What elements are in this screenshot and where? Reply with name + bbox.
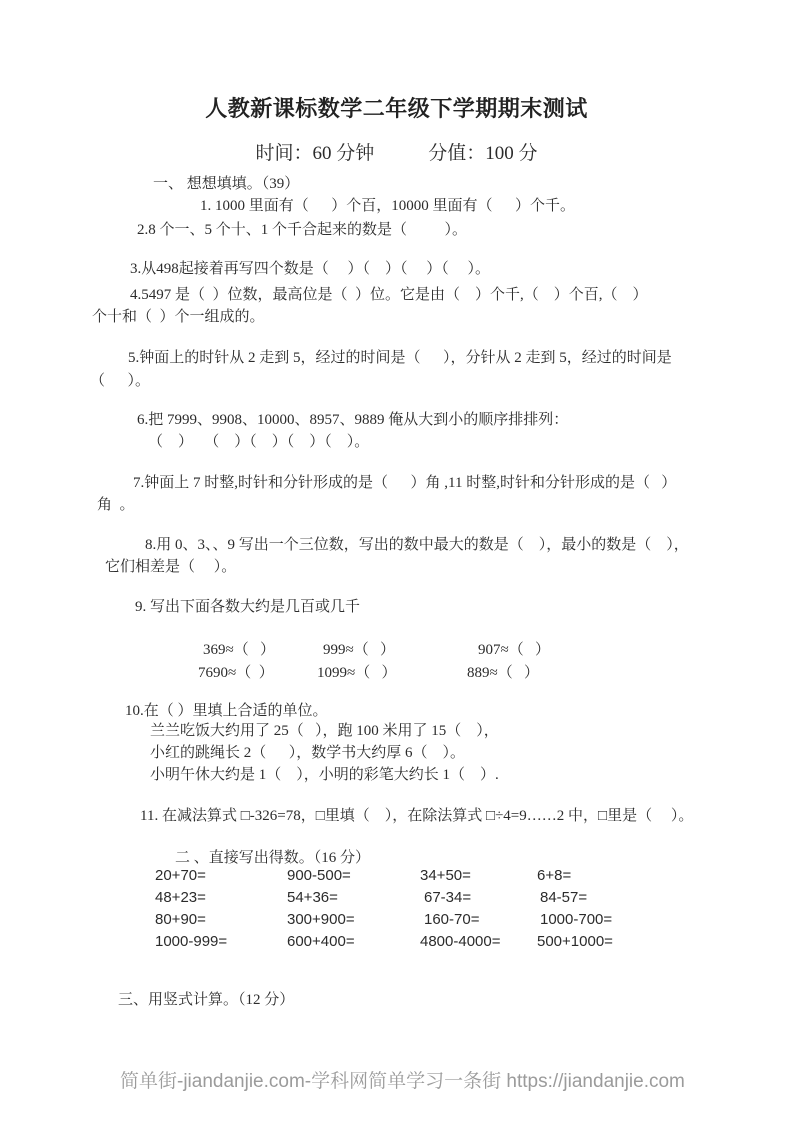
calc-item: 900-500=: [287, 866, 351, 886]
question-2: 2.8 个一、5 个十、1 个千合起来的数是（ ）。: [137, 220, 467, 240]
calc-item: 300+900=: [287, 910, 355, 930]
score-label: 分值：100 分: [428, 138, 537, 165]
calc-item: 600+400=: [287, 932, 355, 952]
section3-heading: 三、用竖式计算。（12 分）: [118, 990, 294, 1010]
approx-item: 7690≈（ ）: [198, 663, 274, 683]
question-11: 11. 在减法算式 □-326=78，□里填（ ），在除法算式 □÷4=9……2…: [140, 806, 693, 826]
approx-item: 907≈（ ）: [478, 640, 550, 660]
question-6-line-2: （ ） （ ）（ ）（ ）（ ）。: [148, 432, 369, 452]
calc-item: 4800-4000=: [420, 932, 501, 952]
question-10-heading: 10.在（ ）里填上合适的单位。: [125, 701, 328, 721]
question-6-line-1: 6.把 7999、9908、10000、8957、9889 俺从大到小的顺序排排…: [137, 410, 568, 430]
calc-item: 1000-999=: [155, 932, 227, 952]
calc-item: 20+70=: [155, 866, 206, 886]
question-4-line-1: 4.5497 是（ ）位数，最高位是（ ）位。它是由（ ）个千,（ ）个百,（ …: [130, 285, 648, 305]
question-5-line-1: 5.钟面上的时针从 2 走到 5，经过的时间是（ ），分针从 2 走到 5，经过…: [128, 348, 672, 368]
calc-item: 80+90=: [155, 910, 206, 930]
approx-item: 369≈（ ）: [203, 640, 275, 660]
question-10-line-2: 小红的跳绳长 2（ ），数学书大约厚 6（ ）。: [150, 743, 465, 763]
meta-line: 时间：60 分钟 分值：100 分: [0, 138, 793, 165]
calc-item: 6+8=: [537, 866, 571, 886]
calc-item: 48+23=: [155, 888, 206, 908]
question-4-line-2: 个十和（ ）个一组成的。: [92, 307, 265, 327]
calc-item: 500+1000=: [537, 932, 613, 952]
time-label: 时间：60 分钟: [255, 138, 374, 165]
question-7-line-1: 7.钟面上 7 时整,时针和分针形成的是（ ）角 ,11 时整,时针和分针形成的…: [133, 473, 676, 493]
calc-item: 84-57=: [540, 888, 587, 908]
approx-item: 999≈（ ）: [323, 640, 395, 660]
footer-watermark: 简单街-jiandanjie.com-学科网简单学习一条街 https://ji…: [120, 1066, 685, 1093]
test-paper-page: 人教新课标数学二年级下学期期末测试 时间：60 分钟 分值：100 分 一、 想…: [0, 0, 793, 1122]
question-9-heading: 9. 写出下面各数大约是几百或几千: [135, 597, 360, 617]
approx-item: 1099≈（ ）: [317, 663, 396, 683]
question-10-line-1: 兰兰吃饭大约用了 25（ ），跑 100 米用了 15（ ），: [150, 721, 499, 741]
calc-item: 1000-700=: [540, 910, 612, 930]
calc-item: 34+50=: [420, 866, 471, 886]
question-8-line-1: 8.用 0、3、、9 写出一个三位数，写出的数中最大的数是（ ），最小的数是（ …: [145, 535, 689, 555]
approx-item: 889≈（ ）: [467, 663, 539, 683]
question-7-line-2: 角 。: [97, 495, 135, 515]
calc-item: 160-70=: [424, 910, 479, 930]
question-8-line-2: 它们相差是（ ）。: [105, 557, 236, 577]
calc-item: 54+36=: [287, 888, 338, 908]
question-10-line-3: 小明午休大约是 1（ ），小明的彩笔大约长 1（ ）.: [150, 765, 499, 785]
question-3: 3.从498起接着再写四个数是（ ）（ ）（ ）（ ）。: [130, 259, 490, 279]
section2-heading: 二 、直接写出得数。（16 分）: [175, 848, 370, 868]
calc-item: 67-34=: [424, 888, 471, 908]
question-1: 1. 1000 里面有（ ）个百，10000 里面有（ ）个千。: [200, 196, 575, 216]
question-5-line-2: （ ）。: [90, 371, 150, 391]
section1-heading: 一、 想想填填。（39）: [153, 174, 299, 194]
page-title: 人教新课标数学二年级下学期期末测试: [0, 92, 793, 123]
